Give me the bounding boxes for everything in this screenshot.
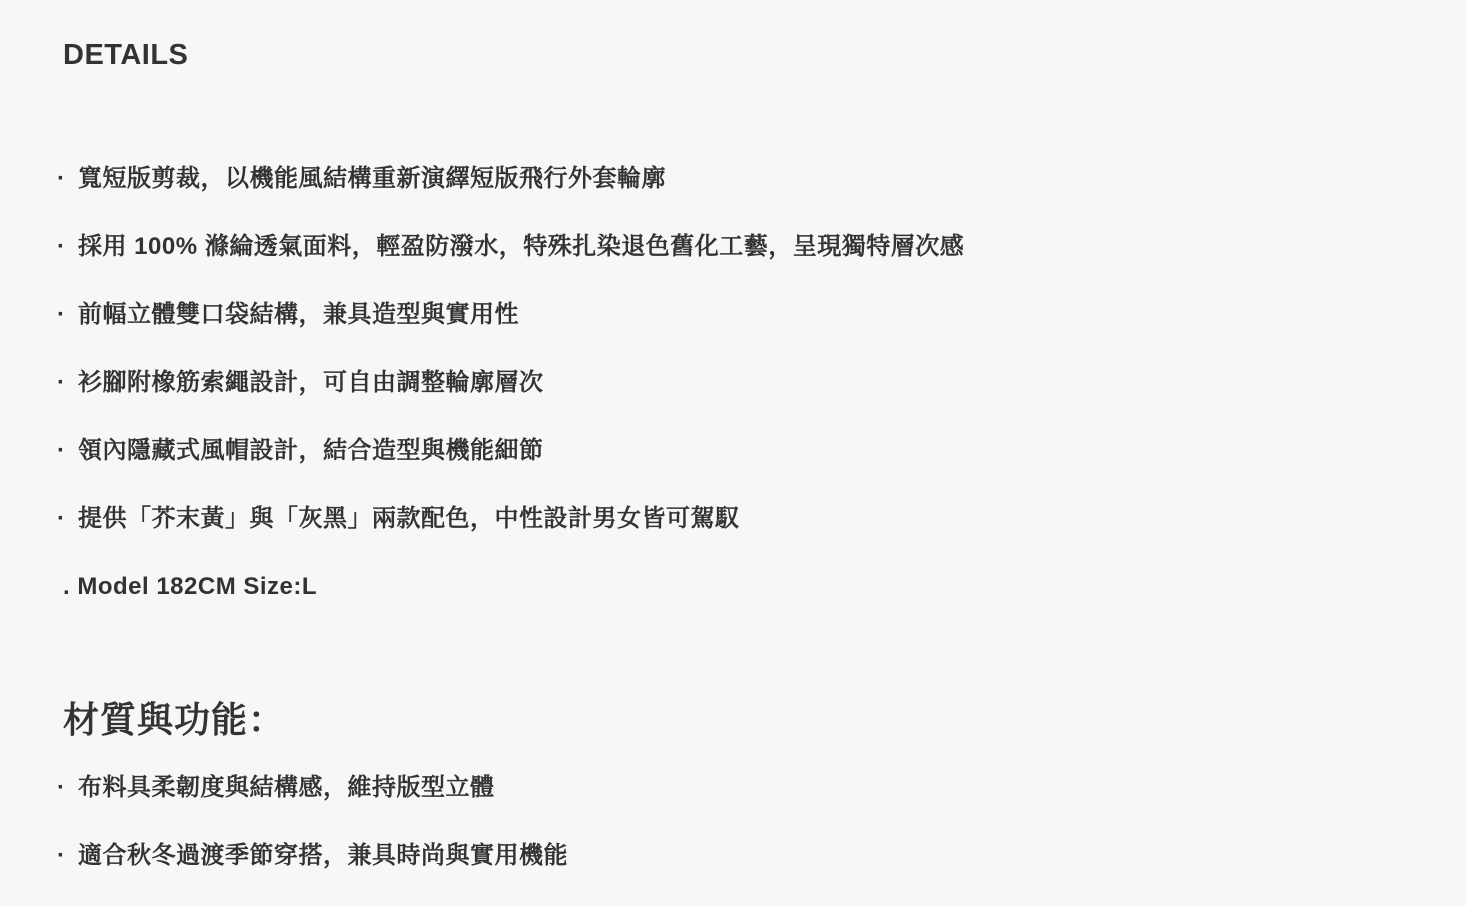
product-details-section: DETAILS ·寬短版剪裁，以機能風結構重新演繹短版飛行外套輪廓·採用 100… [0,0,1466,871]
bullet-dot: · [57,773,78,803]
materials-list: ·布料具柔韌度與結構感，維持版型立體·適合秋冬過渡季節穿搭，兼具時尚與實用機能 [63,773,1406,871]
detail-item-text: 前幅立體雙口袋結構，兼具造型與實用性 [78,301,519,328]
detail-item-text: 衫腳附橡筋索繩設計，可自由調整輪廓層次 [78,369,544,396]
detail-item: ·衫腳附橡筋索繩設計，可自由調整輪廓層次 [57,368,1406,398]
details-title: DETAILS [63,38,1406,72]
detail-item-text: 採用 100% 滌綸透氣面料，輕盈防潑水，特殊扎染退色舊化工藝，呈現獨特層次感 [78,233,964,260]
bullet-dot: · [57,436,78,466]
detail-item: ·提供「芥末黃」與「灰黑」兩款配色，中性設計男女皆可駕馭 [57,504,1406,534]
detail-item: ·採用 100% 滌綸透氣面料，輕盈防潑水，特殊扎染退色舊化工藝，呈現獨特層次感 [57,232,1406,262]
detail-item: ·領內隱藏式風帽設計，結合造型與機能細節 [57,436,1406,466]
detail-item: ·寬短版剪裁，以機能風結構重新演繹短版飛行外套輪廓 [57,164,1406,194]
model-note: . Model 182CM Size:L [63,572,1406,602]
bullet-dot: · [57,300,78,330]
detail-item-text: 寬短版剪裁，以機能風結構重新演繹短版飛行外套輪廓 [78,165,666,192]
details-list: ·寬短版剪裁，以機能風結構重新演繹短版飛行外套輪廓·採用 100% 滌綸透氣面料… [63,164,1406,534]
material-item-text: 適合秋冬過渡季節穿搭，兼具時尚與實用機能 [78,842,568,869]
bullet-dot: · [57,504,78,534]
bullet-dot: · [57,164,78,194]
detail-item: ·前幅立體雙口袋結構，兼具造型與實用性 [57,300,1406,330]
bullet-dot: · [57,232,78,262]
materials-heading: 材質與功能： [63,698,1406,742]
material-item: ·適合秋冬過渡季節穿搭，兼具時尚與實用機能 [57,841,1406,871]
detail-item-text: 提供「芥末黃」與「灰黑」兩款配色，中性設計男女皆可駕馭 [78,505,740,532]
bullet-dot: · [57,368,78,398]
material-item-text: 布料具柔韌度與結構感，維持版型立體 [78,774,495,801]
bullet-dot: · [57,841,78,871]
detail-item-text: 領內隱藏式風帽設計，結合造型與機能細節 [78,437,544,464]
material-item: ·布料具柔韌度與結構感，維持版型立體 [57,773,1406,803]
